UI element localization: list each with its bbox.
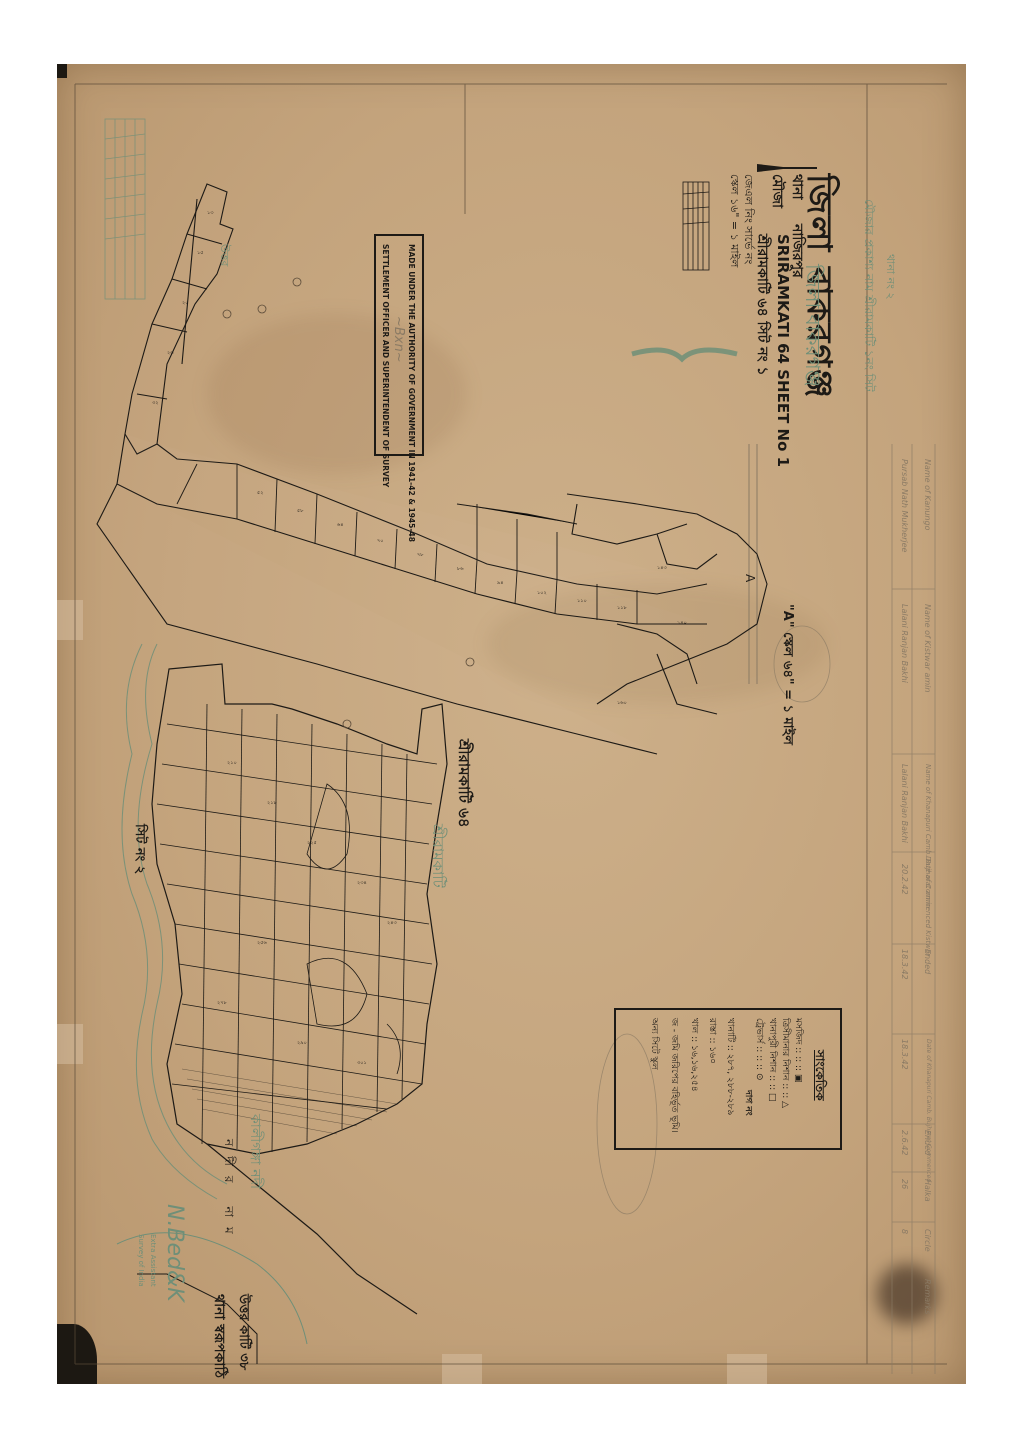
- river-name-label-2: নদীর নাম: [217, 1139, 237, 1244]
- scale-note-2: স্কেল ১৬" = ১ মাইল: [724, 174, 743, 268]
- inset-marker: A: [743, 574, 757, 582]
- authority-text: MADE UNDER THE AUTHORITY OF GOVERNMENT I…: [407, 244, 416, 542]
- inset-scale-label: "A" স্কেল ৬৪" = ১ মাইল: [776, 604, 797, 745]
- register-value: Pursab Nath Mukherjee: [900, 459, 909, 552]
- legend-title: সাংকেতিক: [808, 1050, 828, 1101]
- svg-text:২৬: ২৬: [167, 350, 174, 356]
- mosque-symbol-icon: ▣: [793, 1074, 803, 1083]
- register-header: Date of Khanapuri Camb. Bujharat Commenc…: [925, 1039, 932, 1182]
- mouza-center-label: শ্রীরামকাটি ৬৪: [450, 739, 475, 828]
- svg-text:১৪০: ১৪০: [677, 620, 687, 626]
- triangle-symbol-icon: △: [780, 1101, 790, 1108]
- svg-text:১৩: ১৩: [207, 210, 214, 216]
- legend-row: রাস্তা :: ১৬০: [705, 1018, 720, 1064]
- svg-text:১৬০: ১৬০: [617, 700, 627, 706]
- map-sheet: ১৩১৫২০ ২৬৩২৫২ ৫৮৬৪৭০ ৭৮৮৬৯৪ ১০২১১০১১৮ ১৪…: [57, 64, 966, 1384]
- green-district-title: জিলা বাকরগঞ্জ: [794, 264, 827, 387]
- register-header: Ended: [923, 949, 932, 974]
- signature-extra-assistant: Extra Assistant: [149, 1234, 157, 1287]
- signature-survey-of-india: Survey of India: [137, 1234, 145, 1287]
- svg-text:২৭৮: ২৭৮: [217, 1000, 228, 1006]
- register-value: 18.3.42: [900, 949, 909, 980]
- title-grid-scale: [683, 182, 709, 270]
- bottom-mouza-label: উত্তর কাটি ৩৮: [232, 1294, 253, 1370]
- legend-row: খাল :: ১৬,১৬,২৫৪: [687, 1018, 702, 1092]
- register-value: Lalani Ranjan Bakhi: [900, 604, 909, 683]
- legend-item-label: ত্রিসীমানার নিশান: [780, 1018, 790, 1080]
- authority-stamp: MADE UNDER THE AUTHORITY OF GOVERNMENT I…: [374, 234, 424, 456]
- legend-subtitle: দাগ নং: [741, 1090, 756, 1116]
- legend-box: সাংকেতিক মসজিদ :: :: :: ▣ ত্রিসীমানার নি…: [614, 1008, 842, 1150]
- legend-row: খানাটি :: ২৮৭, ২৮৮-২৮৯: [723, 1018, 738, 1115]
- green-thana-number: থানা নং ২: [880, 254, 899, 300]
- register-value: 2.6.42: [900, 1130, 909, 1155]
- legend-item: মসজিদ :: :: :: ▣: [791, 1018, 806, 1082]
- register-header: Remarks: [923, 1279, 932, 1314]
- register-header: Name of Kanungo: [923, 459, 932, 530]
- legend-row: জ - জমি জরিপের বহির্ভূত ভূমি।: [667, 1018, 682, 1133]
- bottom-thana-label: থানা স্বরূপকাঠি: [207, 1294, 231, 1378]
- green-signature: N.Bed&K: [162, 1204, 187, 1302]
- svg-text:২৩৪: ২৩৪: [357, 880, 367, 886]
- svg-text:১৫: ১৫: [197, 250, 204, 256]
- legend-item: খানাপুরী নিশান :: :: □: [765, 1018, 780, 1102]
- svg-text:৩২: ৩২: [152, 400, 159, 406]
- authority-signoff: SETTLEMENT OFFICER AND SUPERINTENDENT OF…: [381, 244, 390, 487]
- svg-text:৭০: ৭০: [377, 538, 384, 544]
- svg-text:৫২: ৫২: [257, 490, 264, 496]
- svg-text:২৯০: ২৯০: [297, 1040, 307, 1046]
- svg-text:২৪৩: ২৪৩: [387, 920, 397, 926]
- grid-scale: [105, 119, 145, 299]
- svg-text:২১০: ২১০: [227, 760, 237, 766]
- svg-text:৩০১: ৩০১: [357, 1060, 367, 1066]
- svg-text:৭৮: ৭৮: [417, 552, 424, 558]
- legend-item-label: ট্রেভার্স: [754, 1018, 764, 1043]
- register-header: Date of Commenced Kistwar: [924, 856, 932, 956]
- river-name-label: কালীগঙ্গা নদী: [243, 1114, 267, 1189]
- legend-item: ট্রেভার্স :: :: :: ⊙: [752, 1018, 767, 1081]
- register-header: Halka: [923, 1179, 932, 1202]
- register-header: Ended: [923, 1130, 932, 1155]
- svg-text:২১৮: ২১৮: [267, 800, 277, 806]
- register-header: Circle: [923, 1229, 932, 1252]
- square-symbol-icon: □: [767, 1093, 777, 1102]
- north-arrow-label: উত্তর: [214, 244, 233, 267]
- legend-item: ত্রিসীমানার নিশান :: :: △: [778, 1018, 793, 1108]
- svg-text:২২৫: ২২৫: [307, 840, 317, 846]
- register-value: 8: [900, 1229, 909, 1234]
- traverse-symbol-icon: ⊙: [754, 1073, 764, 1081]
- svg-text:২৫৬: ২৫৬: [257, 940, 267, 946]
- svg-text:২০: ২০: [182, 300, 189, 306]
- mouza-value-en: SRIRAMKATI 64 SHEET No 1: [774, 234, 792, 467]
- mouza-label: মৌজা: [765, 174, 789, 208]
- signature: ~Bxn~: [391, 316, 406, 363]
- svg-text:৯৪: ৯৪: [497, 580, 504, 586]
- svg-text:১১৮: ১১৮: [617, 605, 627, 611]
- legend-item-label: খানাপুরী নিশান: [767, 1018, 777, 1072]
- settlement-hatching: [182, 1069, 397, 1134]
- register-value: 26: [900, 1179, 909, 1189]
- svg-text:৫৮: ৫৮: [297, 508, 304, 514]
- register-value: 20.2.42: [900, 864, 909, 895]
- svg-text:৬৪: ৬৪: [337, 522, 344, 528]
- register-value: Lalani Ranjan Bakhi: [900, 764, 909, 843]
- svg-text:১১০: ১১০: [577, 598, 587, 604]
- register-header: Name of Kistwar amin: [923, 604, 932, 692]
- svg-text:১৪৩: ১৪৩: [657, 565, 667, 571]
- legend-row: অন্য সিটে স্কুল: [647, 1018, 662, 1070]
- register-value: 18.3.42: [900, 1039, 909, 1070]
- village-block-parcels: [157, 704, 437, 1152]
- green-header: মৌজার প্রকাশ্য নাম শ্রীরামকাটি ১নং সিট: [857, 199, 877, 392]
- svg-text:৮৬: ৮৬: [457, 566, 464, 572]
- legend-item-label: মসজিদ: [793, 1018, 803, 1044]
- mouza-center-green: শ্রীরামকাটি: [424, 824, 449, 888]
- svg-text:১০২: ১০২: [537, 590, 547, 596]
- sheet-label: সিট নং ২: [128, 824, 149, 874]
